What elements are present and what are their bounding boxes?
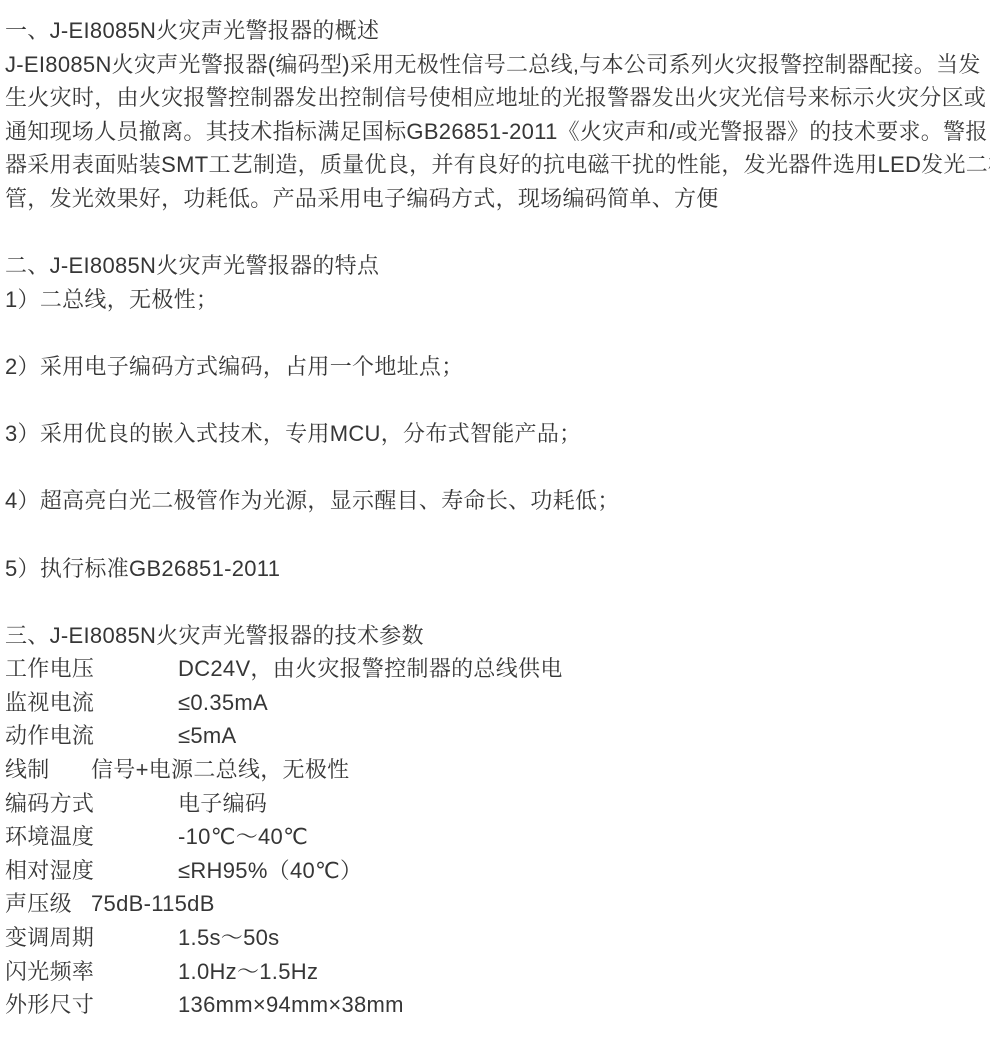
features-heading: 二、J-EI8085N火灾声光警报器的特点 (5, 249, 990, 283)
spec-label: 监视电流 (5, 686, 178, 720)
spec-value: 136mm×94mm×38mm (178, 988, 404, 1022)
spec-label: 环境温度 (5, 820, 178, 854)
spec-label: 线制 (5, 753, 91, 787)
spacer (5, 384, 990, 418)
spacer (5, 585, 990, 619)
overview-line-1: J-EI8085N火灾声光警报器(编码型)采用无极性信号二总线,与本公司系列火灾… (5, 48, 990, 82)
spec-value: 电子编码 (178, 787, 267, 821)
spec-row-flash-frequency: 闪光频率 1.0Hz～1.5Hz (5, 955, 990, 989)
spec-label: 动作电流 (5, 719, 178, 753)
spec-label: 外形尺寸 (5, 988, 178, 1022)
spacer (5, 316, 990, 350)
spec-row-action-current: 动作电流 ≤5mA (5, 719, 990, 753)
feature-item-2: 2）采用电子编码方式编码，占用一个地址点； (5, 350, 990, 384)
overview-line-4: 器采用表面贴装SMT工艺制造，质量优良，并有良好的抗电磁干扰的性能，发光器件选用… (5, 148, 990, 182)
feature-item-5: 5）执行标准GB26851-2011 (5, 552, 990, 586)
spec-document: 一、J-EI8085N火灾声光警报器的概述 J-EI8085N火灾声光警报器(编… (0, 0, 990, 1022)
spec-value: 75dB-115dB (91, 887, 215, 921)
overview-line-2: 生火灾时，由火灾报警控制器发出控制信号使相应地址的光报警器发出火灾光信号来标示火… (5, 81, 990, 115)
spec-label: 变调周期 (5, 921, 178, 955)
spec-label: 声压级 (5, 887, 91, 921)
spec-value: ≤5mA (178, 719, 237, 753)
feature-item-4: 4）超高亮白光二极管作为光源，显示醒目、寿命长、功耗低； (5, 484, 990, 518)
spec-row-monitor-current: 监视电流 ≤0.35mA (5, 686, 990, 720)
spacer (5, 216, 990, 250)
specs-heading: 三、J-EI8085N火灾声光警报器的技术参数 (5, 619, 990, 653)
overview-heading: 一、J-EI8085N火灾声光警报器的概述 (5, 14, 990, 48)
spec-label: 闪光频率 (5, 955, 178, 989)
spec-label: 工作电压 (5, 652, 178, 686)
feature-item-1: 1）二总线，无极性； (5, 283, 990, 317)
spacer (5, 518, 990, 552)
spec-label: 相对湿度 (5, 854, 178, 888)
spec-value: -10℃～40℃ (178, 820, 308, 854)
spec-row-coding-mode: 编码方式 电子编码 (5, 787, 990, 821)
spacer (5, 451, 990, 485)
overview-line-3: 通知现场人员撤离。其技术指标满足国标GB26851-2011《火灾声和/或光警报… (5, 115, 990, 149)
spec-value: 1.5s～50s (178, 921, 279, 955)
spec-value: ≤0.35mA (178, 686, 268, 720)
spec-row-sound-pressure: 声压级 75dB-115dB (5, 887, 990, 921)
spec-row-ambient-temperature: 环境温度 -10℃～40℃ (5, 820, 990, 854)
spec-value: DC24V，由火灾报警控制器的总线供电 (178, 652, 563, 686)
spec-row-working-voltage: 工作电压 DC24V，由火灾报警控制器的总线供电 (5, 652, 990, 686)
feature-item-3: 3）采用优良的嵌入式技术，专用MCU，分布式智能产品； (5, 417, 990, 451)
spec-row-relative-humidity: 相对湿度 ≤RH95%（40℃） (5, 854, 990, 888)
spec-value: ≤RH95%（40℃） (178, 854, 362, 888)
spec-row-wiring: 线制 信号+电源二总线，无极性 (5, 753, 990, 787)
overview-line-5: 管，发光效果好，功耗低。产品采用电子编码方式，现场编码简单、方便 (5, 182, 990, 216)
spec-row-modulation-period: 变调周期 1.5s～50s (5, 921, 990, 955)
spec-value: 信号+电源二总线，无极性 (91, 753, 349, 787)
spec-label: 编码方式 (5, 787, 178, 821)
spec-value: 1.0Hz～1.5Hz (178, 955, 318, 989)
spec-row-dimensions: 外形尺寸 136mm×94mm×38mm (5, 988, 990, 1022)
